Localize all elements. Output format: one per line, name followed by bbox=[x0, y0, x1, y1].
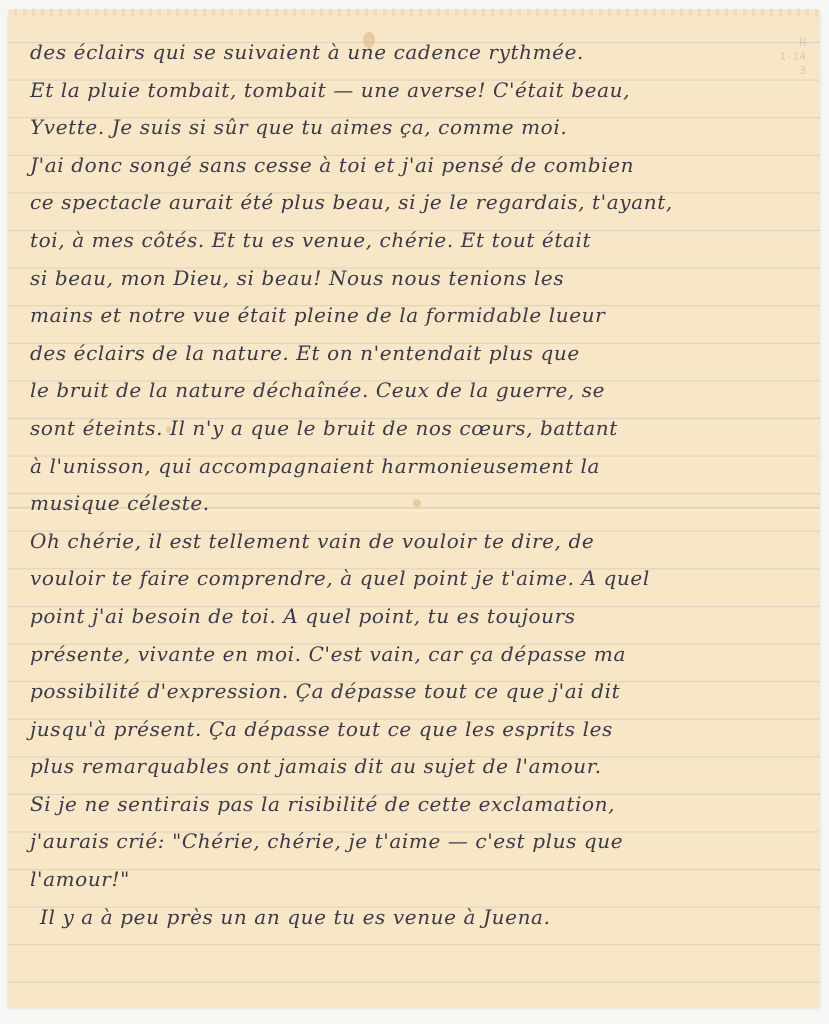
letter-page: H 1-14 3 des éclairs qui se suivaient à … bbox=[8, 14, 820, 1008]
text-line: si beau, mon Dieu, si beau! Nous nous te… bbox=[30, 260, 820, 298]
text-line: J'ai donc songé sans cesse à toi et j'ai… bbox=[30, 147, 820, 185]
handwritten-text: des éclairs qui se suivaient à une caden… bbox=[30, 34, 820, 936]
text-line: Yvette. Je suis si sûr que tu aimes ça, … bbox=[30, 109, 820, 147]
text-line: toi, à mes côtés. Et tu es venue, chérie… bbox=[30, 222, 820, 260]
text-line: Oh chérie, il est tellement vain de voul… bbox=[30, 523, 820, 561]
text-line: possibilité d'expression. Ça dépasse tou… bbox=[30, 673, 820, 711]
text-line: à l'unisson, qui accompagnaient harmonie… bbox=[30, 448, 820, 486]
text-line: Si je ne sentirais pas la risibilité de … bbox=[30, 786, 820, 824]
text-line: le bruit de la nature déchaînée. Ceux de… bbox=[30, 372, 820, 410]
text-line: des éclairs qui se suivaient à une caden… bbox=[30, 34, 820, 72]
text-line: j'aurais crié: "Chérie, chérie, je t'aim… bbox=[30, 823, 820, 861]
text-line: musique céleste. bbox=[30, 485, 820, 523]
text-line: présente, vivante en moi. C'est vain, ca… bbox=[30, 636, 820, 674]
text-line: Et la pluie tombait, tombait — une avers… bbox=[30, 72, 820, 110]
text-line: point j'ai besoin de toi. A quel point, … bbox=[30, 598, 820, 636]
text-line: vouloir te faire comprendre, à quel poin… bbox=[30, 560, 820, 598]
text-line: plus remarquables ont jamais dit au suje… bbox=[30, 748, 820, 786]
text-line: Il y a à peu près un an que tu es venue … bbox=[30, 899, 820, 937]
text-line: mains et notre vue était pleine de la fo… bbox=[30, 297, 820, 335]
text-line: sont éteints. Il n'y a que le bruit de n… bbox=[30, 410, 820, 448]
text-line: des éclairs de la nature. Et on n'entend… bbox=[30, 335, 820, 373]
text-line: ce spectacle aurait été plus beau, si je… bbox=[30, 184, 820, 222]
text-line: jusqu'à présent. Ça dépasse tout ce que … bbox=[30, 711, 820, 749]
text-line: l'amour!" bbox=[30, 861, 820, 899]
